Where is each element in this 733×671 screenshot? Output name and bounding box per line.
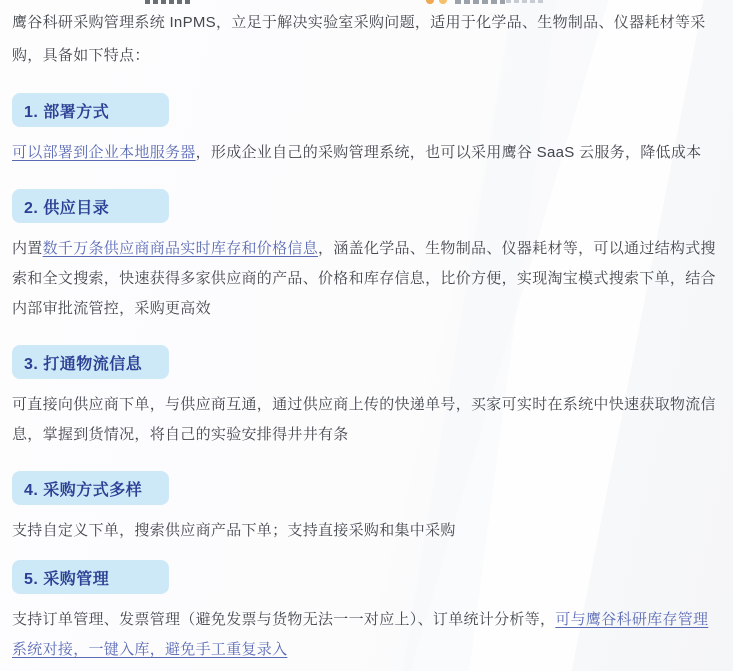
section-heading-badge: 2. 供应目录 xyxy=(12,189,169,223)
body-text: 内置 xyxy=(12,240,43,257)
body-text: ，形成企业自己的采购管理系统，也可以采用鹰谷 SaaS 云服务，降低成本 xyxy=(196,144,702,161)
body-text: 支持自定义下单，搜索供应商产品下单；支持直接采购和集中采购 xyxy=(12,522,456,539)
article-content: 鹰谷科研采购管理系统 InPMS，立足于解决实验室采购问题，适用于化学品、生物制… xyxy=(0,6,733,665)
cropped-text-fragment xyxy=(506,0,546,3)
section-heading-label: 2. 供应目录 xyxy=(24,195,109,218)
section-logistics: 3. 打通物流信息 可直接向供应商下单，与供应商互通，通过供应商上传的快递单号，… xyxy=(12,345,721,450)
section-deployment: 1. 部署方式 可以部署到企业本地服务器，形成企业自己的采购管理系统，也可以采用… xyxy=(12,93,721,168)
section-heading-label: 1. 部署方式 xyxy=(24,99,109,122)
section-body: 可以部署到企业本地服务器，形成企业自己的采购管理系统，也可以采用鹰谷 SaaS … xyxy=(12,138,721,168)
body-text: 支持订单管理、发票管理（避免发票与货物无法一一对应上）、订单统计分析等， xyxy=(12,611,555,628)
section-body: 可直接向供应商下单，与供应商互通，通过供应商上传的快递单号，买家可实时在系统中快… xyxy=(12,390,721,450)
section-heading-badge: 1. 部署方式 xyxy=(12,93,169,127)
section-body: 支持自定义下单，搜索供应商产品下单；支持直接采购和集中采购 xyxy=(12,516,721,546)
section-supply-catalog: 2. 供应目录 内置数千万条供应商商品实时库存和价格信息，涵盖化学品、生物制品、… xyxy=(12,189,721,324)
link-deploy-local-server[interactable]: 可以部署到企业本地服务器 xyxy=(12,144,196,161)
body-text: 可直接向供应商下单，与供应商互通，通过供应商上传的快递单号，买家可实时在系统中快… xyxy=(12,396,716,443)
cropped-text-fragment xyxy=(145,0,192,4)
cropped-text-fragment xyxy=(455,0,505,4)
cropped-emoji-fragment xyxy=(425,0,449,5)
section-purchase-management: 5. 采购管理 支持订单管理、发票管理（避免发票与货物无法一一对应上）、订单统计… xyxy=(12,560,721,665)
section-purchase-modes: 4. 采购方式多样 支持自定义下单，搜索供应商产品下单；支持直接采购和集中采购 xyxy=(12,471,721,546)
section-heading-badge: 5. 采购管理 xyxy=(12,560,169,594)
intro-paragraph: 鹰谷科研采购管理系统 InPMS，立足于解决实验室采购问题，适用于化学品、生物制… xyxy=(12,6,721,72)
section-heading-label: 4. 采购方式多样 xyxy=(24,477,142,500)
section-heading-label: 3. 打通物流信息 xyxy=(24,351,142,374)
section-body: 内置数千万条供应商商品实时库存和价格信息，涵盖化学品、生物制品、仪器耗材等，可以… xyxy=(12,234,721,324)
section-heading-label: 5. 采购管理 xyxy=(24,566,109,589)
section-heading-badge: 3. 打通物流信息 xyxy=(12,345,169,379)
section-body: 支持订单管理、发票管理（避免发票与货物无法一一对应上）、订单统计分析等，可与鹰谷… xyxy=(12,605,721,665)
page: 鹰谷科研采购管理系统 InPMS，立足于解决实验室采购问题，适用于化学品、生物制… xyxy=(0,0,733,671)
section-heading-badge: 4. 采购方式多样 xyxy=(12,471,169,505)
link-supplier-realtime-stock-price[interactable]: 数千万条供应商商品实时库存和价格信息 xyxy=(43,240,318,257)
